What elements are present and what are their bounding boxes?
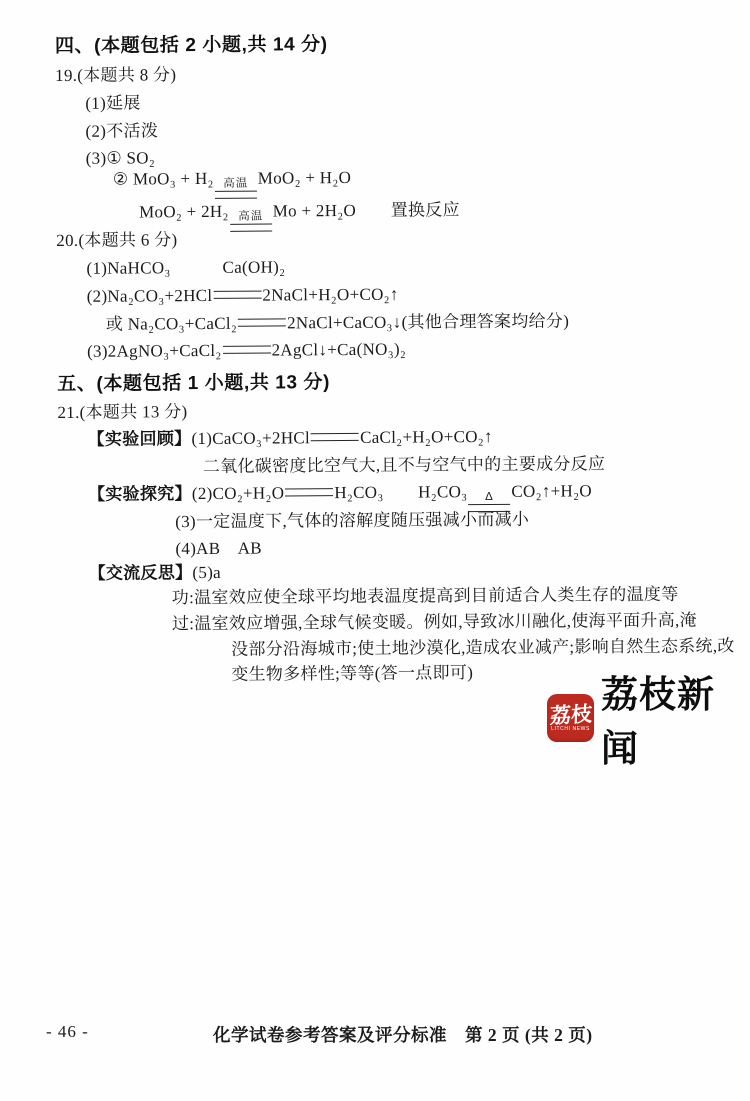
q20-answer-3: (3)2AgNO₃+CaCl₂2AgCl↓+Ca(NO₃)₂ — [87, 338, 406, 364]
q21-fault-line-2: 没部分沿海城市;使土地沙漠化,造成农业减产;影响自然生态系统,改 — [231, 634, 735, 662]
q21-answer-4: (4)AB AB — [175, 537, 262, 562]
section-5-heading: 五、(本题包括 1 小题,共 13 分) — [57, 371, 330, 397]
q19-answer-2: (2)不活泼 — [85, 119, 158, 144]
equals-sign — [285, 488, 333, 496]
q19-answer-1: (1)延展 — [85, 91, 140, 115]
q20-answer-2: (2)Na₂CO₃+2HCl2NaCl+H₂O+CO₂↑ — [87, 283, 399, 309]
footer-title: 化学试卷参考答案及评分标准 第 2 页 (共 2 页) — [213, 1022, 593, 1047]
q21-reflect-line: 【交流反思】(5)a — [89, 561, 222, 586]
equals-with-condition: 高温 — [215, 178, 257, 199]
q21-answer-2: (2)CO₂+H₂OH₂CO₃ H₂CO₃ΔCO₂↑+H₂O — [192, 481, 592, 503]
litchi-news-logo: 荔枝 LITCHI NEWS 荔枝新闻 — [547, 664, 750, 772]
equals-sign — [311, 433, 359, 441]
equals-sign — [213, 291, 261, 299]
q21-answer-3: (3)一定温度下,气体的溶解度随压强减小而减小 — [175, 508, 529, 534]
q21-fault-line-1: 过:温室效应增强,全球气候变暖。例如,导致冰川融化,使海平面升高,淹 — [172, 609, 697, 637]
q19-equation-1: ② MoO₃ + H₂高温MoO₂ + H₂O — [113, 166, 352, 200]
q21-answer-1: (1)CaCO₃+2HClCaCl₂+H₂O+CO₂↑ — [191, 427, 492, 448]
q20-answer-2-alt: 或 Na₂CO₃+CaCl₂2NaCl+CaCO₃↓(其他合理答案均给分) — [106, 309, 569, 336]
q21-review-note: 二氧化碳密度比空气大,且不与空气中的主要成分反应 — [203, 452, 606, 479]
equals-with-condition: 高温 — [230, 211, 272, 232]
reflect-label: 【交流反思】 — [89, 563, 193, 583]
litchi-news-app-icon: 荔枝 LITCHI NEWS — [547, 694, 594, 742]
section-4-heading: 四、(本题包括 2 小题,共 14 分) — [55, 33, 328, 59]
answer-key-content: 四、(本题包括 2 小题,共 14 分) 19.(本题共 8 分) (1)延展 … — [0, 0, 750, 1101]
equals-sign — [223, 346, 271, 354]
q20-title: 20.(本题共 6 分) — [56, 228, 177, 253]
q21-fault-line-3: 变生物多样性;等等(答一点即可) — [231, 661, 473, 687]
q21-merit-line: 功:温室效应使全球平均地表温度提高到目前适合人类生存的温度等 — [172, 583, 679, 611]
document-page: 四、(本题包括 2 小题,共 14 分) 19.(本题共 8 分) (1)延展 … — [0, 0, 750, 1101]
review-label: 【实验回顾】 — [88, 429, 192, 449]
q20-answer-1: (1)NaHCO₃ Ca(OH)₂ — [86, 255, 285, 280]
badge-text: 荔枝 — [549, 702, 592, 726]
q21-title: 21.(本题共 13 分) — [57, 400, 187, 425]
q19-equation-2: MoO₂ + 2H₂高温Mo + 2H₂O 置换反应 — [139, 198, 460, 232]
litchi-news-wordmark: 荔枝新闻 — [601, 664, 750, 772]
q19-title: 19.(本题共 8 分) — [55, 63, 176, 88]
page-number: - 46 - — [46, 1022, 89, 1042]
explore-label: 【实验探究】 — [88, 484, 192, 504]
equals-sign — [238, 318, 286, 326]
q21-answer-5: (5)a — [192, 563, 221, 582]
q21-review-line: 【实验回顾】(1)CaCO₃+2HClCaCl₂+H₂O+CO₂↑ — [88, 425, 493, 452]
